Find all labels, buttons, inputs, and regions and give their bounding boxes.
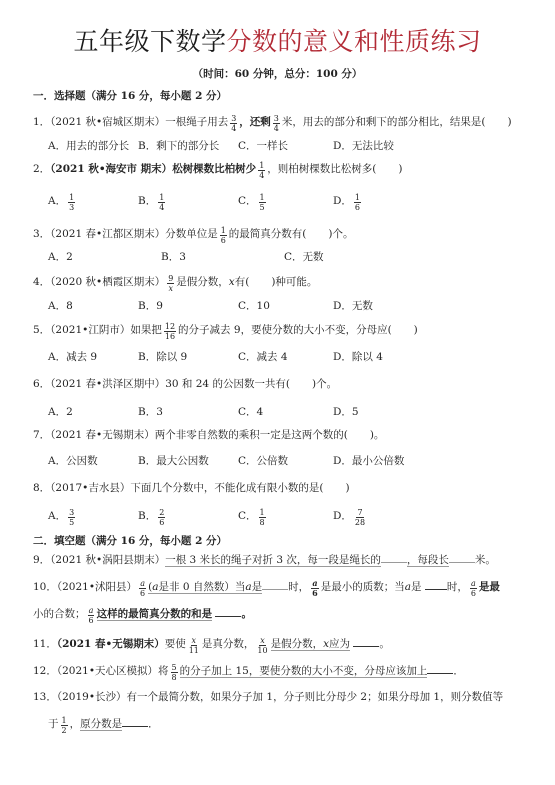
question-10: 10．（2021•沭阳县）a6(a是非 0 自然数）当a是时，a6是最小的质数；… [33,576,500,598]
question-6: 6．（2021 春•洪泽区期中）30 和 24 的公因数一共有()个。 [33,373,337,395]
question-source: （2020 秋•栖霞区期末） [50,276,165,288]
question-12: 12．（2021•天心区模拟）将58的分子加上 15，要使分数的大小不变，分母应… [33,660,464,682]
denominator: 16 [164,332,176,341]
fraction: a6 [311,579,319,598]
numerator: 1 [259,508,266,518]
question-text: 30 和 24 的公因数一共有( [165,378,290,390]
question-number: 7． [33,429,50,441]
question-source: （2017•吉水县） [50,482,130,494]
fraction: 15 [259,193,266,212]
option-b[interactable]: B．剩下的部分长 [138,135,219,157]
question-number: 3． [33,228,50,240]
worksheet-page: 五年级下数学分数的意义和性质练习 （时间：60 分钟，总分：100 分） 一．选… [0,0,555,785]
option-c[interactable]: C．10 [238,295,270,317]
fraction: x10 [256,636,268,655]
option-c[interactable]: C．公倍数 [238,450,288,472]
question-source: （2021 春•洪泽区期中） [50,378,165,390]
question-number: 12． [33,665,57,677]
question-text: ) [398,163,402,175]
question-1: 1．（2021 秋•宿城区期末）一根绳子用去34，还剩34米，用去的部分和剩下的… [33,111,512,133]
page-title: 五年级下数学分数的意义和性质练习 [0,22,555,58]
option-a[interactable]: A．35 [48,505,77,527]
denominator: 6 [220,236,227,245]
question-text: 是假分数， [176,276,229,288]
question-7: 7．（2021 春•无锡期末）两个非零自然数的乘积一定是这两个数的()。 [33,424,384,446]
denominator: 6 [88,616,95,625]
answer-blank[interactable] [427,663,453,674]
question-source: （2021 秋•宿城区期末） [50,116,165,128]
option-a[interactable]: A．公因数 [48,450,98,472]
numerator: a [88,606,95,616]
option-label: C． [238,195,257,207]
question-11: 11．（2021 春•无锡期末）要使x11是真分数，x10是假分数，x应为 。 [33,633,390,655]
question-text: ，每段长 [407,554,449,567]
option-c[interactable]: C．15 [238,190,268,212]
option-d[interactable]: D．除以 4 [333,346,383,368]
answer-blank[interactable] [449,552,475,563]
question-text: 于 [48,718,59,730]
question-number: 11． [33,638,57,650]
question-8: 8．（2017•吉水县）下面几个分数中，不能化成有限小数的是() [33,477,350,499]
option-label: D． [333,195,352,207]
numerator: 1 [61,716,68,726]
question-text: 下面几个分数中，不能化成有限小数的是( [130,482,323,494]
answer-blank[interactable] [353,636,379,647]
fraction: 16 [354,193,361,212]
denominator: 5 [259,203,266,212]
question-text: 是假分数， [271,638,324,650]
question-text: 。 [379,638,390,650]
fraction: 34 [230,114,237,133]
question-text: 两个非零自然数的乘积一定是这两个数的( [155,429,348,441]
denominator: 6 [311,589,319,598]
numerator: 1 [220,226,227,236]
numerator: 12 [164,322,176,332]
question-number: 6． [33,378,50,390]
question-number: 2． [33,163,50,175]
question-text: 是 [411,581,422,593]
numerator: a [311,579,318,589]
question-text: 米。 [475,554,496,566]
option-label: B． [138,195,156,207]
question-text: ) [508,116,512,128]
denominator: 8 [259,518,266,527]
fraction: x11 [188,636,200,655]
option-d[interactable]: D．728 [333,505,368,527]
numerator: 5 [171,663,178,673]
question-text: 原分数是 [80,718,122,731]
question-text: ， [70,718,81,730]
question-source: （2021 春•无锡期末） [50,429,155,441]
option-a[interactable]: A．2 [48,246,73,268]
fraction: 18 [259,508,266,527]
question-text: 将 [158,665,169,677]
denominator: 3 [68,203,75,212]
denominator: 6 [139,589,146,598]
question-source: （2021 秋•涡阳县期末） [50,554,165,566]
question-source: （2021 春•无锡期末） [57,638,165,650]
option-c[interactable]: C．4 [238,401,263,423]
question-3: 3．（2021 春•江都区期末）分数单位是16的最简真分数有()个。 [33,223,354,245]
denominator: 8 [171,673,178,682]
numerator: 1 [354,193,361,203]
answer-blank[interactable] [262,579,288,590]
fraction: 58 [171,663,178,682]
denominator: 6 [470,589,477,598]
question-text: 是真分数， [202,638,255,650]
numerator: 2 [158,508,165,518]
numerator: a [139,579,146,589]
question-source: （2021 春•江都区期末） [50,228,165,240]
question-text: ，还剩 [239,116,271,128]
question-number: 10． [33,581,57,593]
question-text: )个。 [312,378,337,390]
denominator: 4 [258,171,265,180]
denominator: x [167,284,174,293]
denominator: 6 [158,518,165,527]
option-d[interactable]: D．无法比较 [333,135,394,157]
option-b[interactable]: B．3 [161,246,186,268]
fraction: 34 [273,114,280,133]
question-text: 松树棵数比柏树少 [172,163,256,175]
question-number: 13． [33,691,57,703]
fraction: 26 [158,508,165,527]
question-text: 的分子加上 15，要使分数的大小不变，分母应该加上 [180,665,428,678]
question-text: ) [414,324,418,336]
question-number: 5． [33,324,50,336]
option-b[interactable]: B．26 [138,505,167,527]
numerator: 7 [356,508,363,518]
question-text: 时， [288,581,309,593]
denominator: 6 [354,203,361,212]
question-13-line-2: 于12，原分数是． [48,713,159,735]
question-text: )个。 [328,228,353,240]
fraction: a6 [88,606,95,625]
question-5: 5．（2021•江阴市）如果把1216的分子减去 9，要使分数的大小不变，分母应… [33,319,418,341]
denominator: 28 [354,518,366,527]
question-text: 这样的最简真分数的和是 [97,608,213,621]
denominator: 2 [61,726,68,735]
fraction: 13 [68,193,75,212]
question-text: 如果把 [130,324,162,336]
question-text: ． [148,718,159,730]
denominator: 4 [273,124,280,133]
exam-info: （时间：60 分钟，总分：100 分） [0,66,555,81]
question-source: （2021•沭阳县） [57,581,137,593]
option-d[interactable]: D．16 [333,190,363,212]
question-number: 4． [33,276,50,288]
question-text: 一根 3 米长的绳子对折 3 次，每一段是绳长的 [165,554,381,567]
question-number: 9． [33,554,50,566]
option-b[interactable]: B．除以 9 [138,346,187,368]
fraction: 1216 [164,322,176,341]
option-c[interactable]: C．无数 [284,246,324,268]
option-b[interactable]: B．14 [138,190,167,212]
question-text: 是非 0 自然数）当 [159,581,246,593]
question-text: 是 [252,581,263,593]
numerator: 1 [258,161,265,171]
question-source: （2021•天心区模拟） [57,665,158,677]
question-number: 1． [33,116,50,128]
question-text: ，则柏树棵数比松树多( [267,163,376,175]
option-d[interactable]: D．5 [333,401,359,423]
question-text: 的分子减去 9，要使分数的大小不变，分母应( [178,324,392,336]
option-c[interactable]: C．减去 4 [238,346,288,368]
section-heading-choice: 一．选择题（满分 16 分，每小题 2 分） [33,88,227,103]
option-label: B． [138,510,156,522]
option-b[interactable]: B．3 [138,401,163,423]
option-label: D． [333,510,352,522]
answer-blank[interactable] [215,606,241,617]
numerator: x [191,636,198,646]
numerator: 1 [68,193,75,203]
title-prefix: 五年级下数学 [73,27,226,56]
question-10-line-2: 小的合数；a6这样的最简真分数的和是 。 [33,603,252,625]
question-2: 2．（2021 秋•海安市 期末）松树棵数比柏树少14，则柏树棵数比松树多() [33,158,403,180]
question-text: 小的合数； [33,608,86,620]
fraction: a6 [139,579,146,598]
question-text: ) [345,482,349,494]
fraction: a6 [470,579,477,598]
option-d[interactable]: D．无数 [333,295,373,317]
question-text: 是最 [479,581,500,593]
option-b[interactable]: B．9 [138,295,163,317]
numerator: 1 [158,193,165,203]
title-accent: 分数的意义和性质练习 [227,27,482,56]
option-a[interactable]: A．8 [48,295,73,317]
question-text: 有( [235,276,250,288]
fraction: 14 [258,161,265,180]
question-text: 应为 [329,638,350,650]
option-a[interactable]: A．减去 9 [48,346,97,368]
numerator: 1 [259,193,266,203]
numerator: a [470,579,477,589]
fraction: 35 [68,508,75,527]
option-c[interactable]: C．一样长 [238,135,288,157]
fraction: 9x [167,274,174,293]
option-b[interactable]: B．最大公因数 [138,450,209,472]
numerator: 9 [167,274,174,284]
question-text: 米，用去的部分和剩下的部分相比，结果是( [282,116,486,128]
denominator: 11 [188,646,200,655]
option-label: A． [48,195,66,207]
question-source: （2021•江阴市） [50,324,130,336]
question-text: )。 [370,429,385,441]
question-source: （2021 秋•海安市 期末） [50,163,172,175]
question-4: 4．（2020 秋•栖霞区期末）9x是假分数，x有()种可能。 [33,271,317,293]
numerator: x [259,636,266,646]
fraction: 12 [61,716,68,735]
question-text: 一根绳子用去 [165,116,228,128]
question-13: 13．（2019•长沙）有一个最简分数，如果分子加 1，分子则比分母少 2；如果… [33,686,503,708]
numerator: 3 [273,114,280,124]
question-text: )种可能。 [271,276,317,288]
question-text: 的最简真分数有( [229,228,307,240]
question-text: 。 [241,608,252,620]
option-a[interactable]: A．2 [48,401,73,423]
denominator: 4 [158,203,165,212]
question-text: 有一个最简分数，如果分子加 1，分子则比分母少 2；如果分母加 1，则分数值等 [127,691,504,703]
numerator: 3 [68,508,75,518]
option-a[interactable]: A．用去的部分长 [48,135,129,157]
fraction: 14 [158,193,165,212]
question-number: 8． [33,482,50,494]
question-source: （2019•长沙） [57,691,127,703]
option-d[interactable]: D．最小公倍数 [333,450,404,472]
denominator: 4 [230,124,237,133]
denominator: 5 [68,518,75,527]
option-a[interactable]: A．13 [48,190,77,212]
question-text: 分数单位是 [165,228,218,240]
answer-blank[interactable] [425,579,447,590]
question-text: 时， [447,581,468,593]
question-text: 是最小的质数；当 [321,581,405,593]
option-label: C． [238,510,257,522]
answer-blank[interactable] [381,552,407,563]
section-heading-fill: 二．填空题（满分 16 分，每小题 2 分） [33,533,227,548]
option-c[interactable]: C．18 [238,505,268,527]
denominator: 10 [256,646,268,655]
option-label: A． [48,510,66,522]
numerator: 3 [230,114,237,124]
fraction: 728 [354,508,366,527]
answer-blank[interactable] [122,716,148,727]
fraction: 16 [220,226,227,245]
question-text: ． [453,665,464,677]
question-9: 9．（2021 秋•涡阳县期末）一根 3 米长的绳子对折 3 次，每一段是绳长的… [33,549,496,571]
question-text: 要使 [165,638,186,650]
